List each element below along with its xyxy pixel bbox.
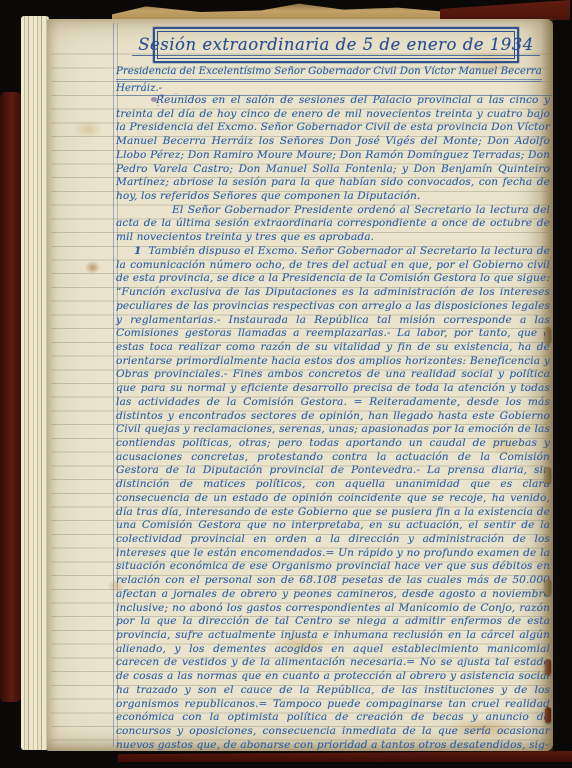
session-title-box: Sesión extraordinaria de 5 de enero de 1…	[153, 27, 519, 63]
book-cover-edge-top-right	[440, 0, 570, 20]
session-title-box-inner-border: Sesión extraordinaria de 5 de enero de 1…	[157, 31, 515, 59]
paper-stain	[85, 261, 100, 274]
presidency-heading: Presidencia del Excelentísimo Señor Gobe…	[116, 65, 552, 96]
photographed-manuscript: Sesión extraordinaria de 5 de enero de 1…	[0, 0, 572, 768]
book-cover-edge-bottom	[118, 751, 572, 762]
binding-stitch	[545, 579, 551, 595]
manuscript-page: Sesión extraordinaria de 5 de enero de 1…	[47, 19, 553, 751]
binding-stitch	[545, 467, 551, 483]
session-title: Sesión extraordinaria de 5 de enero de 1…	[132, 35, 540, 56]
binding-stitch	[545, 707, 551, 723]
paper-stain	[73, 119, 103, 139]
paragraph-number: 1	[134, 245, 148, 257]
minutes-body: Reunidos en el salón de sesiones del Pal…	[116, 94, 550, 753]
page-stack-fore-edges	[21, 16, 49, 750]
book-cover-edge-left	[0, 92, 21, 702]
paragraph-attendance: Reunidos en el salón de sesiones del Pal…	[116, 94, 550, 204]
binding-stitch	[545, 327, 551, 343]
binding-gutter	[541, 19, 553, 751]
paragraph-previous-minutes: El Señor Gobernador Presidente ordenó al…	[116, 204, 550, 245]
paragraph-text: También dispuso el Excmo. Señor Gobernad…	[116, 245, 550, 751]
binding-stitch	[545, 659, 551, 675]
presidency-line-1: Presidencia del Excelentísimo Señor Gobe…	[116, 65, 542, 82]
paragraph-governor-communication: 1También dispuso el Excmo. Señor Goberna…	[116, 245, 550, 753]
